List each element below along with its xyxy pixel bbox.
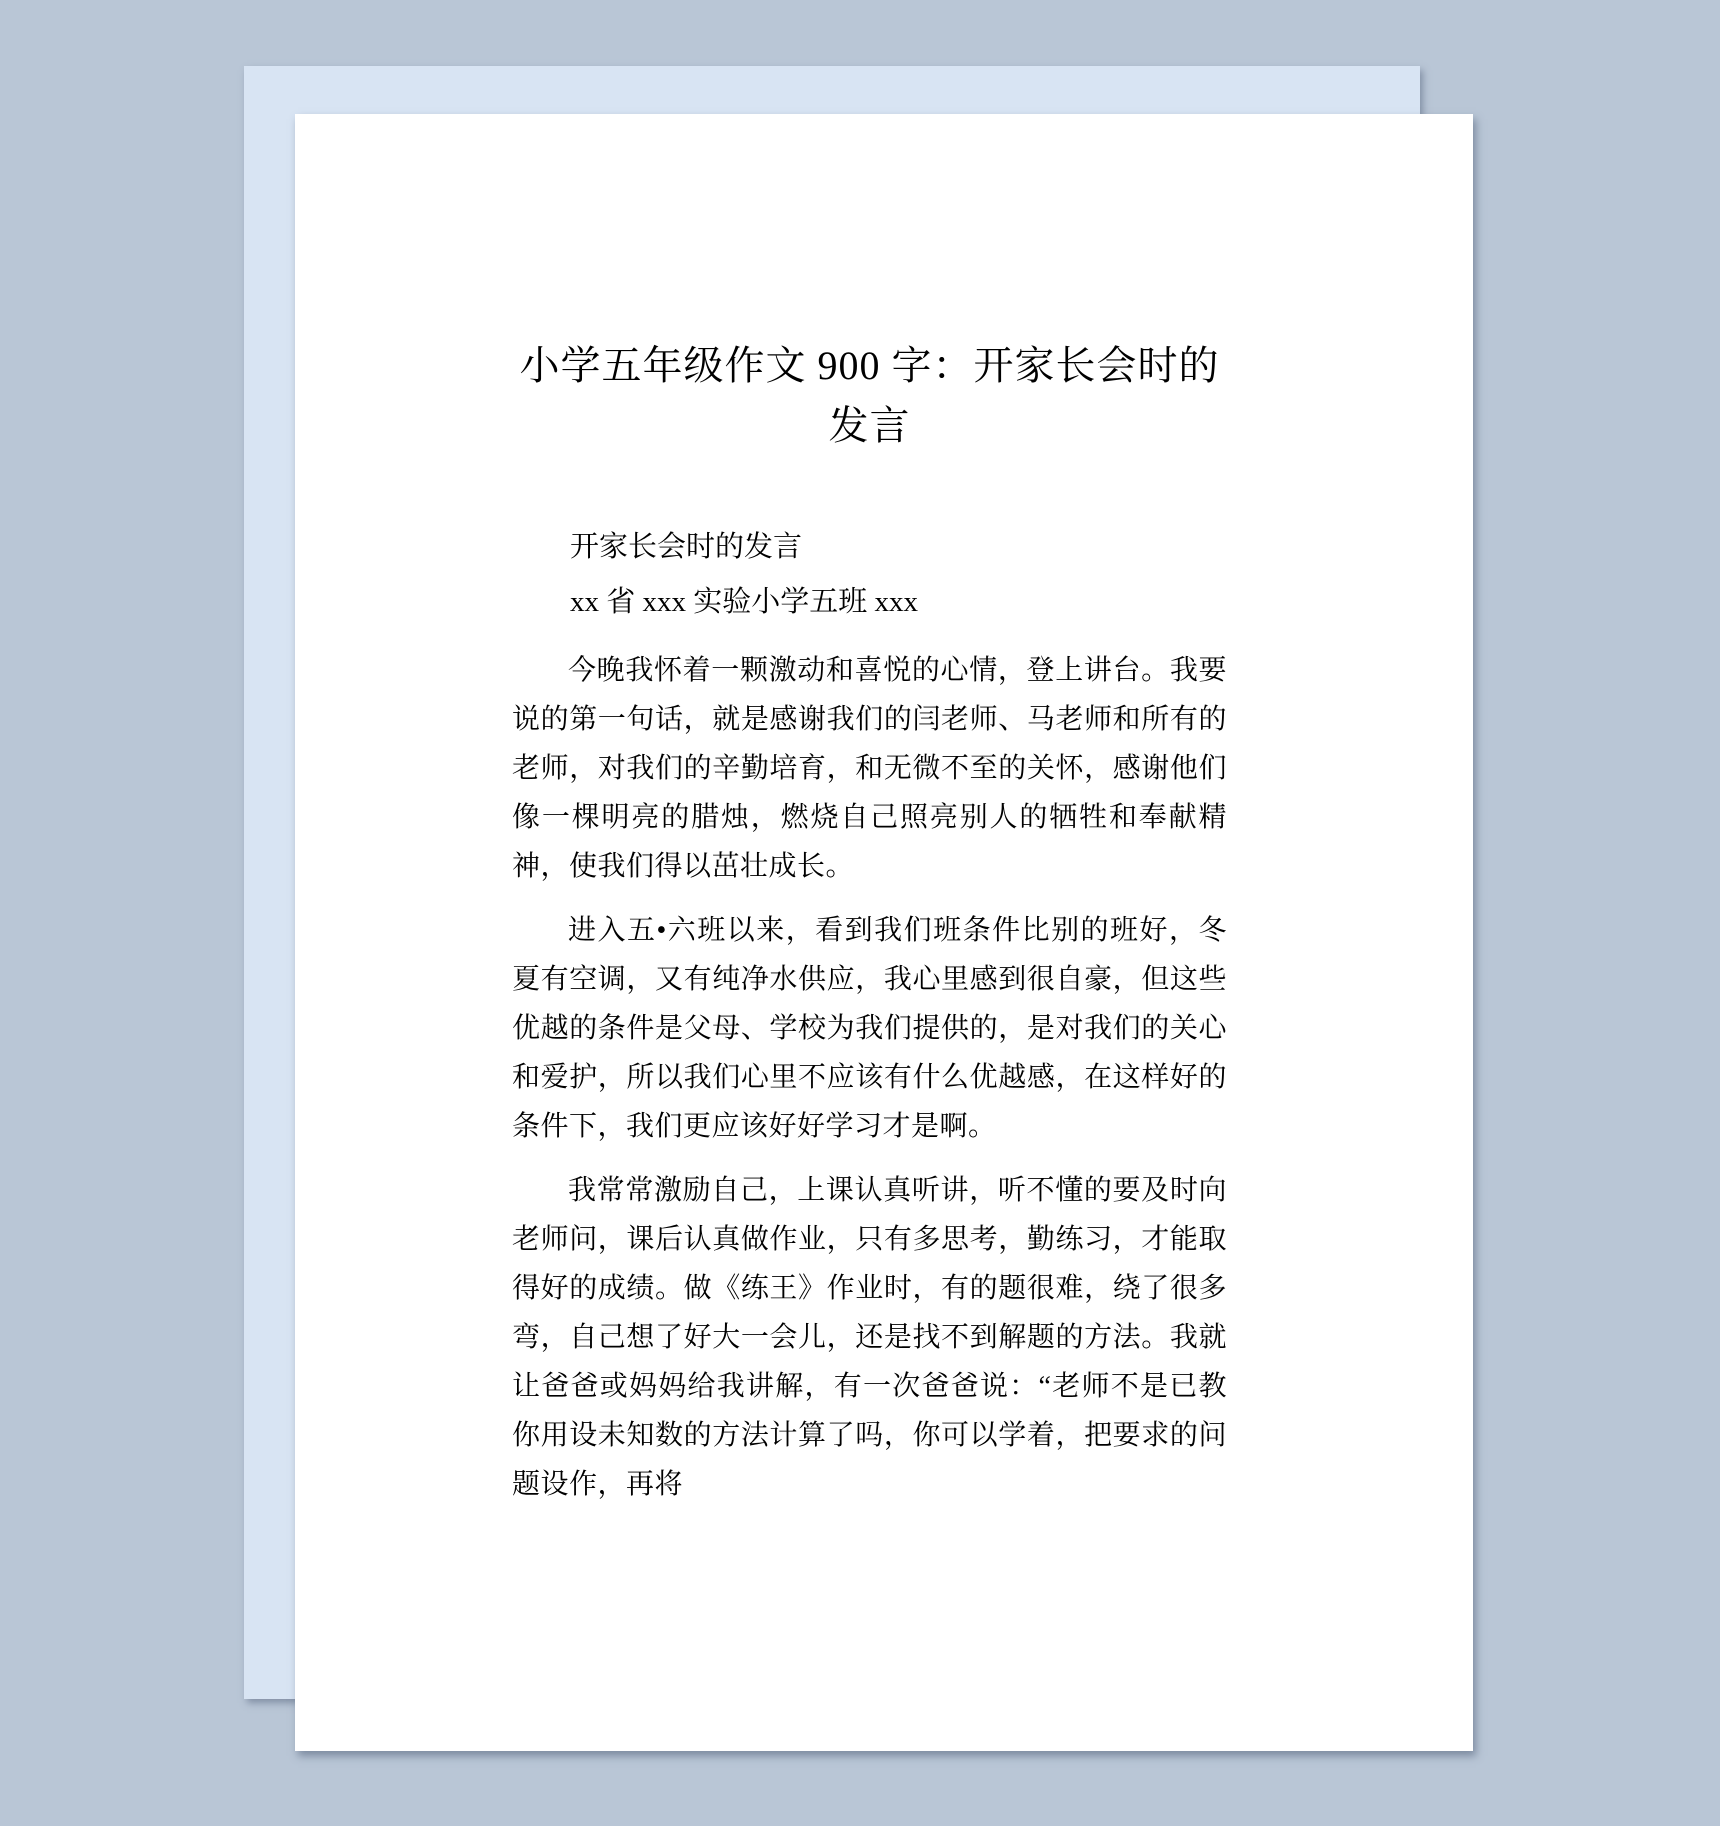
document-byline: xx 省 xxx 实验小学五班 xxx: [512, 575, 1227, 630]
document-paragraph: 进入五•六班以来，看到我们班条件比别的班好，冬夏有空调，又有纯净水供应，我心里感…: [512, 906, 1227, 1151]
document-paragraph: 我常常激励自己，上课认真听讲，听不懂的要及时向老师问，课后认真做作业，只有多思考…: [512, 1166, 1227, 1509]
document-body: 今晚我怀着一颗激动和喜悦的心情，登上讲台。我要说的第一句话，就是感谢我们的闫老师…: [512, 646, 1227, 1509]
document-paragraph: 今晚我怀着一颗激动和喜悦的心情，登上讲台。我要说的第一句话，就是感谢我们的闫老师…: [512, 646, 1227, 891]
document-header-block: 开家长会时的发言 xx 省 xxx 实验小学五班 xxx: [512, 520, 1227, 630]
document-title: 小学五年级作文 900 字：开家长会时的发言: [512, 336, 1227, 456]
desktop-background: { "page": { "background_color": "#b9c6d6…: [0, 0, 1720, 1826]
document-page: 小学五年级作文 900 字：开家长会时的发言 开家长会时的发言 xx 省 xxx…: [295, 114, 1473, 1751]
document-subtitle: 开家长会时的发言: [512, 520, 1227, 575]
